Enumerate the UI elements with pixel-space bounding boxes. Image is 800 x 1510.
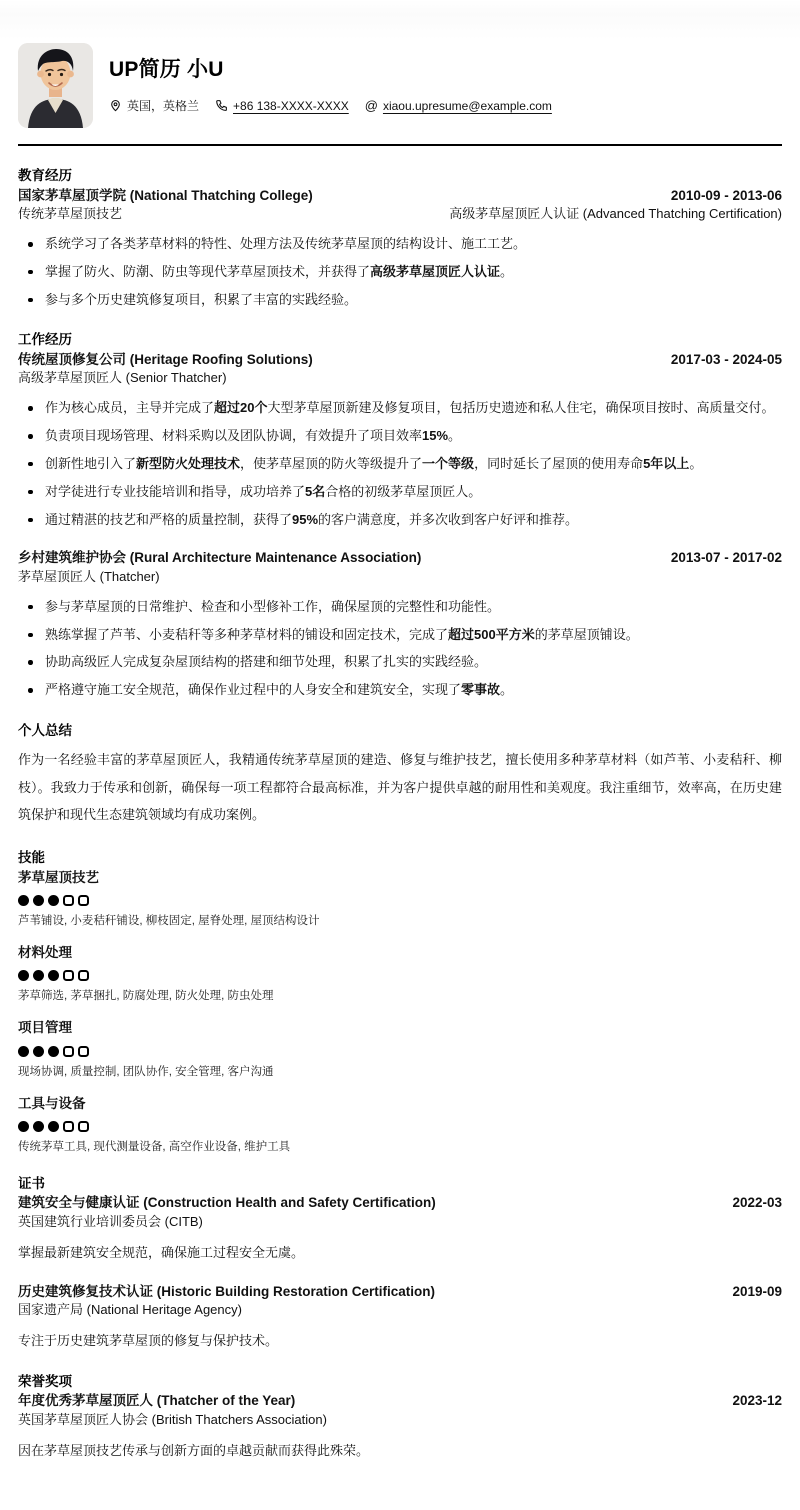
skill-keywords: 茅草筛选, 茅草捆扎, 防腐处理, 防火处理, 防虫处理 [18,987,782,1003]
plain-text: 创新性地引入了 [45,456,136,471]
education-entry: 国家茅草屋顶学院 (National Thatching College) 20… [18,186,782,311]
location-group: 英国，英格兰 [109,97,199,114]
work-bullets: 作为核心成员，主导并完成了超过20个大型茅草屋顶新建及修复项目，包括历史遗迹和私… [18,398,782,530]
work-entry-head: 乡村建筑维护协会 (Rural Architecture Maintenance… [18,548,782,568]
email-link[interactable]: xiaou.upresume@example.com [383,99,552,113]
skills-section-title: 技能 [18,848,782,868]
location-text: 英国，英格兰 [127,97,199,114]
job-role: 高级茅草屋顶匠人 (Senior Thatcher) [18,369,227,388]
education-bullets: 系统学习了各类茅草材料的特性、处理方法及传统茅草屋顶的结构设计、施工工艺。 掌握… [18,234,782,310]
rating-dot-filled [48,1046,59,1057]
plain-text: 。 [500,682,513,697]
bullet-item: 严格遵守施工安全规范，确保作业过程中的人身安全和建筑安全，实现了零事故。 [18,680,782,701]
skill-name: 茅草屋顶技艺 [18,868,782,888]
section-certificates: 证书 建筑安全与健康认证 (Construction Health and Sa… [18,1174,782,1352]
phone-link[interactable]: +86 138-XXXX-XXXX [233,99,349,113]
bullet-item: 参与多个历史建筑修复项目，积累了丰富的实践经验。 [18,290,782,311]
skill-keywords: 现场协调, 质量控制, 团队协作, 安全管理, 客户沟通 [18,1063,782,1079]
education-entry-head: 国家茅草屋顶学院 (National Thatching College) 20… [18,186,782,206]
skill-group-materials: 材料处理 茅草筛选, 茅草捆扎, 防腐处理, 防火处理, 防虫处理 [18,943,782,1003]
certificate-date: 2019-09 [732,1282,782,1302]
plain-text: 参与多个历史建筑修复项目，积累了丰富的实践经验。 [45,292,357,307]
rating-dot-filled [18,1046,29,1057]
plain-text: 参与茅草屋顶的日常维护、检查和小型修补工作，确保屋顶的完整性和功能性。 [45,599,500,614]
highlight-text: 95% [292,512,318,527]
work-entry-sub: 高级茅草屋顶匠人 (Senior Thatcher) [18,369,782,388]
certificate-name: 建筑安全与健康认证 (Construction Health and Safet… [18,1193,436,1213]
skill-name: 材料处理 [18,943,782,963]
award-item-1: 年度优秀茅草屋顶匠人 (Thatcher of the Year) 2023-1… [18,1391,782,1461]
work-entry-1: 传统屋顶修复公司 (Heritage Roofing Solutions) 20… [18,350,782,530]
certificate-item-2: 历史建筑修复技术认证 (Historic Building Restoratio… [18,1282,782,1352]
awards-section-title: 荣誉奖项 [18,1372,782,1392]
education-entry-sub: 传统茅草屋顶技艺 高级茅草屋顶匠人认证 (Advanced Thatching … [18,205,782,224]
highlight-text: 5名 [305,484,325,499]
rating-dot-empty [78,895,89,906]
bullet-item: 协助高级匠人完成复杂屋顶结构的搭建和细节处理，积累了扎实的实践经验。 [18,652,782,673]
skill-rating [18,1046,782,1057]
section-summary: 个人总结 作为一名经验丰富的茅草屋顶匠人，我精通传统茅草屋顶的建造、修复与维护技… [18,721,782,828]
award-head: 年度优秀茅草屋顶匠人 (Thatcher of the Year) 2023-1… [18,1391,782,1411]
work-entry-2: 乡村建筑维护协会 (Rural Architecture Maintenance… [18,548,782,701]
rating-dot-filled [18,895,29,906]
section-work: 工作经历 传统屋顶修复公司 (Heritage Roofing Solution… [18,330,782,701]
rating-dot-filled [33,1121,44,1132]
bullet-item: 熟练掌握了芦苇、小麦秸秆等多种茅草材料的铺设和固定技术，完成了超过500平方米的… [18,625,782,646]
section-awards: 荣誉奖项 年度优秀茅草屋顶匠人 (Thatcher of the Year) 2… [18,1372,782,1462]
rating-dot-empty [78,970,89,981]
work-date: 2013-07 - 2017-02 [671,548,782,568]
plain-text: 合格的初级茅草屋顶匠人。 [325,484,481,499]
header-text-block: UP简历 小U 英国，英格兰 +86 138-XXXX-XXXX @ xia [109,43,568,114]
plain-text: 系统学习了各类茅草材料的特性、处理方法及传统茅草屋顶的结构设计、施工工艺。 [45,236,526,251]
plain-text: 掌握了防火、防潮、防虫等现代茅草屋顶技术，并获得了 [45,264,370,279]
plain-text: 对学徒进行专业技能培训和指导，成功培养了 [45,484,305,499]
certificates-section-title: 证书 [18,1174,782,1194]
award-issuer: 英国茅草屋顶匠人协会 (British Thatchers Associatio… [18,1411,327,1430]
bullet-item: 掌握了防火、防潮、防虫等现代茅草屋顶技术，并获得了高级茅草屋顶匠人认证。 [18,262,782,283]
rating-dot-filled [33,970,44,981]
award-issuer-row: 英国茅草屋顶匠人协会 (British Thatchers Associatio… [18,1411,782,1430]
rating-dot-empty [63,1121,74,1132]
bullet-item: 对学徒进行专业技能培训和指导，成功培养了5名合格的初级茅草屋顶匠人。 [18,482,782,503]
plain-text: ，使茅草屋顶的防火等级提升了 [240,456,422,471]
school-name: 国家茅草屋顶学院 (National Thatching College) [18,186,313,206]
plain-text: 的茅草屋顶铺设。 [535,627,639,642]
resume-header: UP简历 小U 英国，英格兰 +86 138-XXXX-XXXX @ xia [18,0,782,128]
rating-dot-empty [78,1046,89,1057]
rating-dot-filled [18,970,29,981]
plain-text: ，同时延长了屋顶的使用寿命 [474,456,643,471]
highlight-text: 15% [422,428,448,443]
skill-rating [18,895,782,906]
profile-portrait-illustration [18,43,93,128]
company-name: 乡村建筑维护协会 (Rural Architecture Maintenance… [18,548,421,568]
certificate-desc: 掌握最新建筑安全规范，确保施工过程安全无虞。 [18,1243,782,1264]
skill-name: 项目管理 [18,1018,782,1038]
bullet-item: 参与茅草屋顶的日常维护、检查和小型修补工作，确保屋顶的完整性和功能性。 [18,597,782,618]
plain-text: 。 [689,456,702,471]
rating-dot-filled [33,1046,44,1057]
company-name: 传统屋顶修复公司 (Heritage Roofing Solutions) [18,350,313,370]
skill-keywords: 芦苇铺设, 小麦秸秆铺设, 柳枝固定, 屋脊处理, 屋顶结构设计 [18,912,782,928]
profile-photo [18,43,93,128]
certificate-name: 历史建筑修复技术认证 (Historic Building Restoratio… [18,1282,435,1302]
highlight-text: 超过20个 [214,400,267,415]
header-divider [18,144,782,146]
rating-dot-filled [18,1121,29,1132]
plain-text: 。 [448,428,461,443]
certificate-head: 建筑安全与健康认证 (Construction Health and Safet… [18,1193,782,1213]
plain-text: 作为核心成员，主导并完成了 [45,400,214,415]
person-name: UP简历 小U [109,53,568,83]
bullet-item: 负责项目现场管理、材料采购以及团队协调，有效提升了项目效率15%。 [18,426,782,447]
highlight-text: 超过500平方米 [448,627,535,642]
certificate-issuer: 国家遗产局 (National Heritage Agency) [18,1301,242,1320]
skill-group-thatching: 茅草屋顶技艺 芦苇铺设, 小麦秸秆铺设, 柳枝固定, 屋脊处理, 屋顶结构设计 [18,868,782,928]
certificate-date: 2022-03 [732,1193,782,1213]
work-entry-head: 传统屋顶修复公司 (Heritage Roofing Solutions) 20… [18,350,782,370]
plain-text: 通过精湛的技艺和严格的质量控制，获得了 [45,512,292,527]
education-major: 传统茅草屋顶技艺 [18,205,122,224]
award-date: 2023-12 [732,1391,782,1411]
skill-rating [18,1121,782,1132]
skill-name: 工具与设备 [18,1094,782,1114]
rating-dot-filled [33,895,44,906]
work-bullets: 参与茅草屋顶的日常维护、检查和小型修补工作，确保屋顶的完整性和功能性。 熟练掌握… [18,597,782,701]
highlight-text: 5年以上 [643,456,689,471]
email-group: @ xiaou.upresume@example.com [365,98,552,113]
certificate-item-1: 建筑安全与健康认证 (Construction Health and Safet… [18,1193,782,1263]
rating-dot-empty [63,970,74,981]
bullet-item: 作为核心成员，主导并完成了超过20个大型茅草屋顶新建及修复项目，包括历史遗迹和私… [18,398,782,419]
highlight-text: 新型防火处理技术 [136,456,240,471]
contact-row: 英国，英格兰 +86 138-XXXX-XXXX @ xiaou.upresum… [109,97,568,114]
section-skills: 技能 茅草屋顶技艺 芦苇铺设, 小麦秸秆铺设, 柳枝固定, 屋脊处理, 屋顶结构… [18,848,782,1154]
work-section-title: 工作经历 [18,330,782,350]
certificate-head: 历史建筑修复技术认证 (Historic Building Restoratio… [18,1282,782,1302]
phone-group: +86 138-XXXX-XXXX [215,99,349,113]
bullet-item: 通过精湛的技艺和严格的质量控制，获得了95%的客户满意度，并多次收到客户好评和推… [18,510,782,531]
certificate-issuer-row: 国家遗产局 (National Heritage Agency) [18,1301,782,1320]
plain-text: 协助高级匠人完成复杂屋顶结构的搭建和细节处理，积累了扎实的实践经验。 [45,654,487,669]
plain-text: 熟练掌握了芦苇、小麦秸秆等多种茅草材料的铺设和固定技术，完成了 [45,627,448,642]
bullet-item: 系统学习了各类茅草材料的特性、处理方法及传统茅草屋顶的结构设计、施工工艺。 [18,234,782,255]
plain-text: 大型茅草屋顶新建及修复项目，包括历史遗迹和私人住宅，确保项目按时、高质量交付。 [267,400,774,415]
highlight-text: 零事故 [461,682,500,697]
rating-dot-filled [48,970,59,981]
award-name: 年度优秀茅草屋顶匠人 (Thatcher of the Year) [18,1391,295,1411]
rating-dot-filled [48,1121,59,1132]
rating-dot-empty [78,1121,89,1132]
rating-dot-empty [63,895,74,906]
plain-text: 负责项目现场管理、材料采购以及团队协调，有效提升了项目效率 [45,428,422,443]
map-pin-icon [109,99,122,112]
highlight-text: 一个等级 [422,456,474,471]
summary-text: 作为一名经验丰富的茅草屋顶匠人，我精通传统茅草屋顶的建造、修复与维护技艺，擅长使… [18,746,782,828]
work-date: 2017-03 - 2024-05 [671,350,782,370]
skill-group-project-management: 项目管理 现场协调, 质量控制, 团队协作, 安全管理, 客户沟通 [18,1018,782,1078]
skill-keywords: 传统茅草工具, 现代测量设备, 高空作业设备, 维护工具 [18,1138,782,1154]
education-degree: 高级茅草屋顶匠人认证 (Advanced Thatching Certifica… [449,205,782,224]
education-date: 2010-09 - 2013-06 [671,186,782,206]
bullet-item: 创新性地引入了新型防火处理技术，使茅草屋顶的防火等级提升了一个等级，同时延长了屋… [18,454,782,475]
plain-text: 。 [500,264,513,279]
education-section-title: 教育经历 [18,166,782,186]
certificate-issuer: 英国建筑行业培训委员会 (CITB) [18,1213,203,1232]
certificate-desc: 专注于历史建筑茅草屋顶的修复与保护技术。 [18,1331,782,1352]
rating-dot-filled [48,895,59,906]
section-education: 教育经历 国家茅草屋顶学院 (National Thatching Colleg… [18,166,782,310]
plain-text: 的客户满意度，并多次收到客户好评和推荐。 [318,512,578,527]
plain-text: 严格遵守施工安全规范，确保作业过程中的人身安全和建筑安全，实现了 [45,682,461,697]
work-entry-sub: 茅草屋顶匠人 (Thatcher) [18,568,782,587]
rating-dot-empty [63,1046,74,1057]
resume-page: UP简历 小U 英国，英格兰 +86 138-XXXX-XXXX @ xia [0,0,800,1510]
phone-icon [215,99,228,112]
skill-rating [18,970,782,981]
summary-section-title: 个人总结 [18,721,782,741]
job-role: 茅草屋顶匠人 (Thatcher) [18,568,160,587]
at-icon: @ [365,98,378,113]
award-desc: 因在茅草屋顶技艺传承与创新方面的卓越贡献而获得此殊荣。 [18,1441,782,1462]
highlight-text: 高级茅草屋顶匠人认证 [370,264,500,279]
certificate-issuer-row: 英国建筑行业培训委员会 (CITB) [18,1213,782,1232]
skill-group-tools: 工具与设备 传统茅草工具, 现代测量设备, 高空作业设备, 维护工具 [18,1094,782,1154]
